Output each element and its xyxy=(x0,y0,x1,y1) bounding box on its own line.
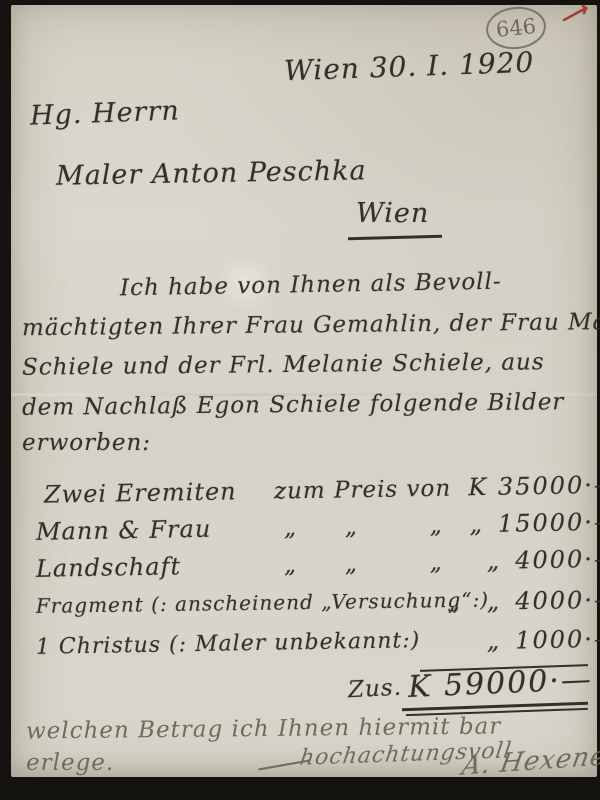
item-row: Fragment (: anscheinend „Versuchung“:) „… xyxy=(36,586,588,630)
item-title: Zwei Eremiten xyxy=(36,477,237,508)
item-middle: zum Preis von xyxy=(274,476,452,505)
closing-line-1: welchen Betrag ich Ihnen hiermit bar xyxy=(26,714,502,745)
item-title: Fragment (: anscheinend „Versuchung“:) xyxy=(36,588,489,618)
recipient-name: Maler Anton Peschka xyxy=(56,155,367,191)
body-line-5: erworben: xyxy=(22,430,151,456)
item-title: 1 Christus (: Maler unbekannt:) xyxy=(36,628,421,660)
item-title: Landschaft xyxy=(36,552,182,583)
item-price: „ 15000·— xyxy=(458,508,600,539)
item-price: „ 1000·— xyxy=(458,625,600,656)
archive-number: 646 xyxy=(495,14,537,42)
item-title: Mann & Frau xyxy=(36,515,212,546)
item-price: „ 4000·— xyxy=(458,586,600,616)
item-dittos: „ „ „ xyxy=(284,550,443,579)
item-dittos: „ „ „ xyxy=(284,513,443,542)
body-line-3: Schiele und der Frl. Melanie Schiele, au… xyxy=(22,349,545,380)
recipient-city: Wien xyxy=(356,198,429,229)
item-price: K 35000·— xyxy=(458,471,600,502)
recipient-salutation: Hg. Herrn xyxy=(30,95,181,131)
red-check-mark-icon xyxy=(560,2,594,24)
total-label: Zus. xyxy=(347,675,402,704)
closing-line-2: erlege. xyxy=(26,750,114,776)
item-price: „ 4000·— xyxy=(458,545,600,576)
